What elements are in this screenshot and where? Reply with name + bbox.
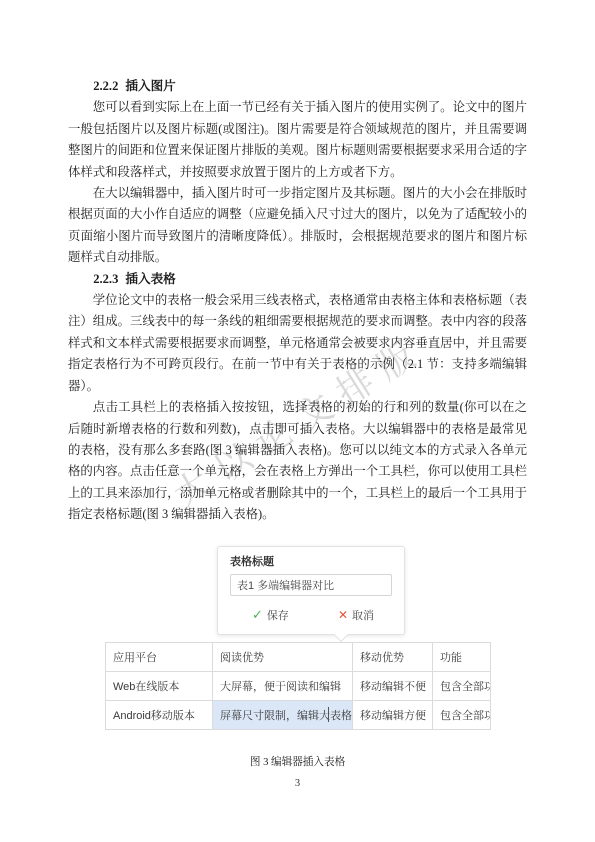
table-cell-text: 屏幕尺寸限制，编辑大表格不便 [220,710,353,722]
popup-buttons: ✓ 保存 ✕ 取消 [230,607,392,623]
table-cell-selected[interactable]: 屏幕尺寸限制，编辑大表格不便 [213,700,353,729]
table-cell[interactable]: 包含全部功能 [433,700,491,729]
section-number: 2.2.3 [93,272,118,286]
table-header-cell[interactable]: 阅读优势 [213,642,353,671]
table-cell[interactable]: 移动编辑方便 [353,700,433,729]
section-number: 2.2.2 [93,79,118,93]
table-cell[interactable]: Android移动版本 [106,700,213,729]
section-title: 插入表格 [125,272,175,286]
check-icon: ✓ [252,607,263,623]
editor-table: 应用平台 阅读优势 移动优势 功能 Web在线版本 大屏幕，便于阅读和编辑 移动… [105,642,491,730]
section-title: 插入图片 [125,79,175,93]
table-header-row: 应用平台 阅读优势 移动优势 功能 [106,642,491,671]
table-header-cell[interactable]: 移动优势 [353,642,433,671]
cancel-button[interactable]: ✕ 取消 [338,607,374,623]
page-number: 3 [0,778,595,789]
table-header-cell[interactable]: 功能 [433,642,491,671]
text-cursor [328,707,329,722]
body-paragraph: 您可以看到实际上在上面一节已经有关于插入图片的使用实例了。论文中的图片一般包括图… [68,97,527,183]
document-page: 大以论文排版 2.2.2插入图片 您可以看到实际上在上面一节已经有关于插入图片的… [0,0,595,842]
page-content: 2.2.2插入图片 您可以看到实际上在上面一节已经有关于插入图片的使用实例了。论… [0,0,595,769]
table-title-input[interactable] [230,574,392,596]
figure-caption: 图 3 编辑器插入表格 [105,754,490,769]
table-title-popup: 表格标题 ✓ 保存 ✕ 取消 [217,546,405,635]
section-heading-tables: 2.2.3插入表格 [68,269,527,290]
table-cell[interactable]: 包含全部功能 [433,671,491,700]
table-cell[interactable]: Web在线版本 [106,671,213,700]
body-paragraph: 点击工具栏上的表格插入按按钮，选择表格的初始的行和列的数量(你可以在之后随时新增… [68,397,527,525]
close-icon: ✕ [338,608,348,622]
table-row: Android移动版本 屏幕尺寸限制，编辑大表格不便 移动编辑方便 包含全部功能 [106,700,491,729]
figure-table-editor-screenshot: 表格标题 ✓ 保存 ✕ 取消 应 [105,546,490,769]
popup-label: 表格标题 [230,556,392,569]
popup-arrow [334,627,348,641]
save-button-label: 保存 [267,607,289,623]
cancel-button-label: 取消 [352,607,374,623]
table-row: Web在线版本 大屏幕，便于阅读和编辑 移动编辑不便 包含全部功能 [106,671,491,700]
table-cell[interactable]: 移动编辑不便 [353,671,433,700]
table-header-cell[interactable]: 应用平台 [106,642,213,671]
section-heading-images: 2.2.2插入图片 [68,76,527,97]
body-paragraph: 在大以编辑器中，插入图片时可一步指定图片及其标题。图片的大小会在排版时根据页面的… [68,183,527,269]
save-button[interactable]: ✓ 保存 [252,607,289,623]
body-paragraph: 学位论文中的表格一般会采用三线表格式，表格通常由表格主体和表格标题（表注）组成。… [68,290,527,397]
table-cell[interactable]: 大屏幕，便于阅读和编辑 [213,671,353,700]
